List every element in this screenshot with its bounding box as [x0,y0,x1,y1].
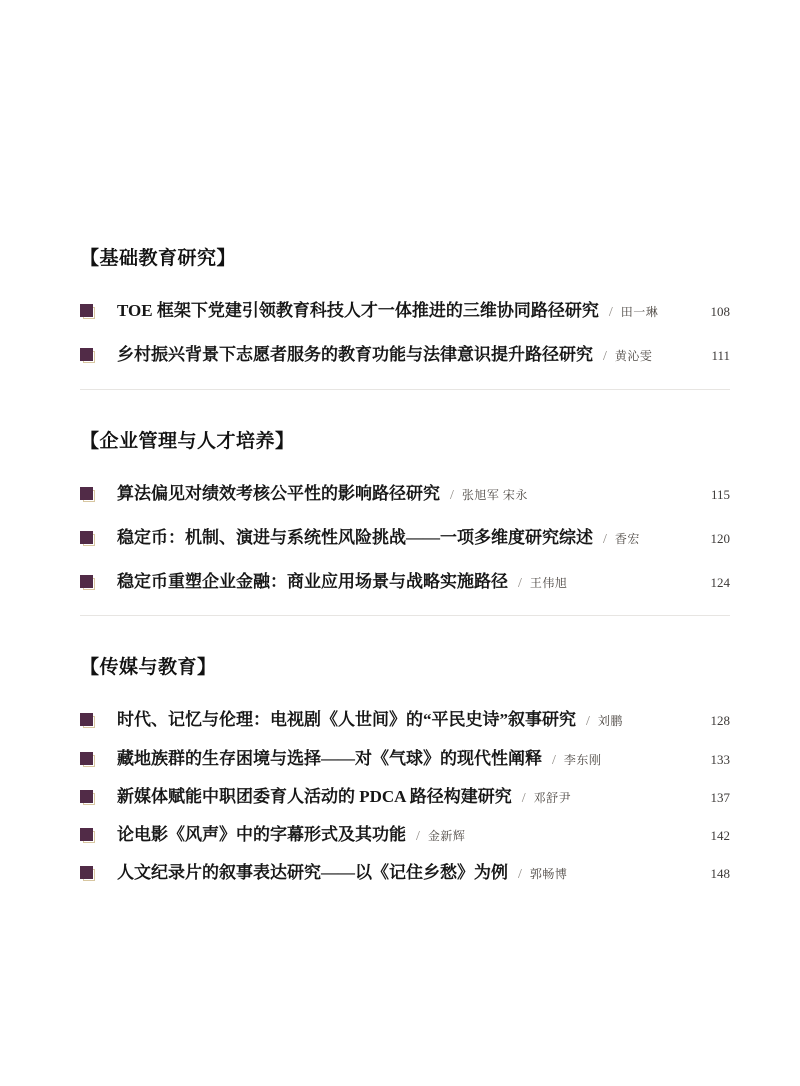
section-divider [80,615,730,616]
entry-page-number: 108 [699,304,731,320]
entry-page-number: 142 [699,828,731,844]
entry-bullet-icon [80,348,97,363]
bullet-square [80,575,93,588]
section-title: 【企业管理与人才培养】 [80,426,730,453]
toc-entry: 论电影《风声》中的字幕形式及其功能 / 金新辉 142 [80,824,730,845]
toc-entry: 稳定币：机制、演进与系统性风险挑战——一项多维度研究综述 / 香宏 120 [80,527,730,548]
entry-title: 乡村振兴背景下志愿者服务的教育功能与法律意识提升路径研究 [117,344,593,365]
title-author-separator: / [518,867,522,883]
entry-authors: 香宏 [615,530,640,547]
title-author-separator: / [450,488,454,504]
toc-section-basic-education: 【基础教育研究】 TOE 框架下党建引领教育科技人才一体推进的三维协同路径研究 … [80,243,730,366]
entry-page-number: 128 [699,713,731,729]
title-author-separator: / [518,576,522,592]
bullet-square [80,828,93,841]
bullet-square [80,752,93,765]
entry-bullet-icon [80,487,97,502]
entry-title: 人文纪录片的叙事表达研究——以《记住乡愁》为例 [117,862,508,883]
entry-authors: 邓舒尹 [534,789,572,806]
entry-page-number: 115 [699,487,730,503]
toc-entry: 新媒体赋能中职团委育人活动的 PDCA 路径构建研究 / 邓舒尹 137 [80,786,730,807]
entry-bullet-icon [80,828,97,843]
entry-bullet-icon [80,575,97,590]
toc-entry: 时代、记忆与伦理：电视剧《人世间》的“平民史诗”叙事研究 / 刘鹏 128 [80,709,730,730]
entry-bullet-icon [80,531,97,546]
entry-page-number: 148 [699,866,731,882]
entry-page-number: 137 [699,790,731,806]
entry-list: 算法偏见对绩效考核公平性的影响路径研究 / 张旭军 宋永 115 稳定币：机制、… [80,483,730,593]
entry-bullet-icon [80,790,97,805]
toc-entry: 藏地族群的生存困境与选择——对《气球》的现代性阐释 / 李东刚 133 [80,748,730,769]
title-author-separator: / [552,753,556,769]
toc-entry: TOE 框架下党建引领教育科技人才一体推进的三维协同路径研究 / 田一琳 108 [80,300,730,321]
entry-page-number: 111 [699,348,730,364]
entry-authors: 王伟旭 [530,574,568,591]
entry-title: 藏地族群的生存困境与选择——对《气球》的现代性阐释 [117,748,542,769]
title-author-separator: / [522,791,526,807]
toc-section-enterprise-management: 【企业管理与人才培养】 算法偏见对绩效考核公平性的影响路径研究 / 张旭军 宋永… [80,426,730,593]
section-title: 【基础教育研究】 [80,243,730,270]
entry-authors: 张旭军 宋永 [462,486,528,503]
entry-title: 稳定币重塑企业金融：商业应用场景与战略实施路径 [117,571,508,592]
title-author-separator: / [586,714,590,730]
entry-page-number: 120 [699,531,731,547]
toc-entry: 人文纪录片的叙事表达研究——以《记住乡愁》为例 / 郭畅博 148 [80,862,730,883]
toc-entry: 算法偏见对绩效考核公平性的影响路径研究 / 张旭军 宋永 115 [80,483,730,504]
entry-title: TOE 框架下党建引领教育科技人才一体推进的三维协同路径研究 [117,300,599,321]
entry-list: 时代、记忆与伦理：电视剧《人世间》的“平民史诗”叙事研究 / 刘鹏 128 藏地… [80,709,730,883]
title-author-separator: / [609,305,613,321]
entry-page-number: 124 [699,575,731,591]
bullet-square [80,531,93,544]
title-author-separator: / [603,349,607,365]
bullet-square [80,348,93,361]
title-author-separator: / [603,532,607,548]
entry-authors: 黄沁雯 [615,347,653,364]
entry-list: TOE 框架下党建引领教育科技人才一体推进的三维协同路径研究 / 田一琳 108… [80,300,730,366]
section-divider [80,389,730,390]
entry-authors: 郭畅博 [530,865,568,882]
entry-title: 稳定币：机制、演进与系统性风险挑战——一项多维度研究综述 [117,527,593,548]
entry-authors: 刘鹏 [598,712,623,729]
entry-bullet-icon [80,713,97,728]
bullet-square [80,790,93,803]
entry-bullet-icon [80,752,97,767]
title-author-separator: / [416,829,420,845]
entry-title: 新媒体赋能中职团委育人活动的 PDCA 路径构建研究 [117,786,512,807]
entry-authors: 李东刚 [564,751,602,768]
entry-title: 论电影《风声》中的字幕形式及其功能 [117,824,406,845]
toc-entry: 稳定币重塑企业金融：商业应用场景与战略实施路径 / 王伟旭 124 [80,571,730,592]
bullet-square [80,487,93,500]
bullet-square [80,713,93,726]
entry-authors: 田一琳 [621,303,659,320]
section-title: 【传媒与教育】 [80,652,730,679]
entry-title: 时代、记忆与伦理：电视剧《人世间》的“平民史诗”叙事研究 [117,709,576,730]
toc-section-media-education: 【传媒与教育】 时代、记忆与伦理：电视剧《人世间》的“平民史诗”叙事研究 / 刘… [80,652,730,883]
bullet-square [80,304,93,317]
entry-title: 算法偏见对绩效考核公平性的影响路径研究 [117,483,440,504]
entry-bullet-icon [80,304,97,319]
entry-page-number: 133 [699,752,731,768]
table-of-contents: 【基础教育研究】 TOE 框架下党建引领教育科技人才一体推进的三维协同路径研究 … [0,0,800,884]
bullet-square [80,866,93,879]
entry-authors: 金新辉 [428,827,466,844]
toc-entry: 乡村振兴背景下志愿者服务的教育功能与法律意识提升路径研究 / 黄沁雯 111 [80,344,730,365]
entry-bullet-icon [80,866,97,881]
